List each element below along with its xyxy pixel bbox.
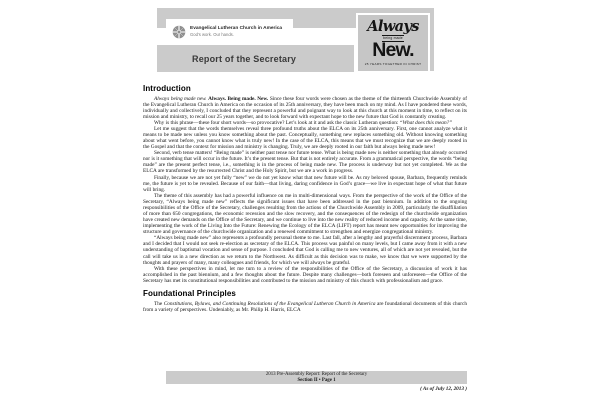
org-tagline: God’s work. Our hands. bbox=[190, 32, 282, 37]
report-title: Report of the Secretary bbox=[157, 54, 296, 64]
footer-section-page: Section II • Page 1 bbox=[166, 378, 467, 384]
elca-logo-text: Evangelical Lutheran Church in America G… bbox=[190, 26, 282, 37]
paragraph: With these perspectives in mind, let me … bbox=[143, 266, 467, 284]
theme-word-always: Always bbox=[367, 20, 419, 35]
elca-logo-box: Evangelical Lutheran Church in America G… bbox=[166, 19, 293, 44]
paragraph: Always being made new. Always. Being mad… bbox=[143, 96, 467, 120]
footer-band: 2013 Pre-Assembly Report: Report of the … bbox=[166, 371, 467, 384]
document-page: Evangelical Lutheran Church in America G… bbox=[0, 0, 600, 400]
section-heading: Introduction bbox=[143, 84, 467, 93]
as-of-date: ( As of July 12, 2013 ) bbox=[143, 386, 467, 392]
theme-logo: Always being made New. 25 YEARS TOGETHER… bbox=[356, 13, 430, 73]
paragraph: “Always being made new” also represents … bbox=[143, 235, 467, 265]
theme-tagline: 25 YEARS TOGETHER IN CHRIST bbox=[365, 62, 422, 66]
paragraph: The Constitutions, Bylaws, and Continuin… bbox=[143, 301, 467, 313]
report-title-band: Report of the Secretary bbox=[157, 45, 354, 72]
paragraph: The theme of this assembly has had a pow… bbox=[143, 193, 467, 236]
theme-word-new: New. bbox=[372, 42, 414, 59]
paragraph: Finally, because we are not yet fully “n… bbox=[143, 175, 467, 193]
paragraph: Let me suggest that the words themselves… bbox=[143, 126, 467, 150]
paragraph: Second, verb tense matters! “Being made”… bbox=[143, 150, 467, 174]
section-heading: Foundational Principles bbox=[143, 289, 467, 298]
document-body: IntroductionAlways being made new. Alway… bbox=[143, 84, 467, 313]
elca-emblem-icon bbox=[172, 25, 186, 39]
